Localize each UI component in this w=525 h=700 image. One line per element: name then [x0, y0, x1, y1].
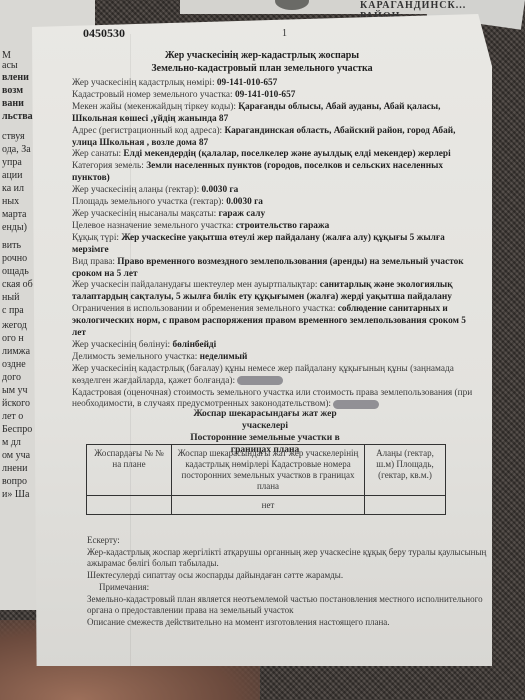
field-value: Елді мекендердің (қалалар, поселкелер жә…: [123, 149, 450, 159]
field-row: Құқық түрі: Жер учаскесіне уақытша өтеул…: [72, 233, 480, 257]
background-text-fragment: м дл: [2, 437, 21, 449]
field-value: неделимый: [200, 352, 248, 362]
background-text-fragment: ым уч: [2, 385, 28, 397]
background-text-fragment: ская об: [2, 279, 33, 291]
header-area: Алаңы (гектар, ш.м) Площадь, (гектар, кв…: [365, 445, 446, 496]
field-label: Вид права:: [72, 257, 117, 267]
field-value: Право временного возмездного землепользо…: [72, 257, 464, 279]
background-text-fragment: ощадь: [2, 266, 29, 278]
cell-area: [365, 496, 446, 515]
field-label: Целевое назначение земельного участка:: [72, 221, 236, 231]
adjacent-plots-table: Жоспардағы № № на плане Жоспар шекарасын…: [86, 444, 446, 515]
background-text-fragment: Беспро: [2, 424, 32, 436]
field-row: Жер учаскесінің кадастрлық (бағалау) құн…: [72, 364, 480, 388]
field-value: Жер учаскесіне уақытша өтеулі жер пайдал…: [72, 233, 445, 255]
field-row: Жер учаскесінің нысаналы мақсаты: гараж …: [72, 209, 480, 221]
redacted-value: [237, 376, 283, 385]
field-label: Мекен жайы (мекенжайдың тіркеу коды):: [72, 102, 238, 112]
field-row: Кадастровый номер земельного участка: 09…: [72, 90, 480, 102]
notes: Ескерту: Жер-кадастрлық жоспар жергілікт…: [87, 535, 487, 629]
field-label: Делимость земельного участка:: [72, 352, 200, 362]
field-row: Жер учаскесінің кадастрлық нөмірі: 09-14…: [72, 78, 480, 90]
field-row: Целевое назначение земельного участка: с…: [72, 221, 480, 233]
background-text-fragment: ный: [2, 292, 19, 304]
background-text-fragment: ка ил: [2, 183, 24, 195]
background-text-fragment: влени: [2, 72, 29, 84]
field-value: 09-141-010-657: [217, 78, 277, 88]
header-plan-number: Жоспардағы № № на плане: [87, 445, 172, 496]
notes-heading-kz: Ескерту:: [87, 535, 487, 547]
background-text-fragment: ствуя: [2, 131, 25, 143]
field-row: Адрес (регистрационный код адреса): Кара…: [72, 126, 480, 150]
background-text-fragment: асы: [2, 60, 18, 72]
field-row: Ограничения в использовании и обременени…: [72, 304, 480, 340]
background-text-fragment: ого н: [2, 333, 24, 345]
background-text-fragment: дого: [2, 372, 21, 384]
background-text-fragment: лимжа: [2, 346, 30, 358]
field-label: Жер учаскесінің алаңы (гектар):: [72, 185, 202, 195]
page-number: 1: [282, 28, 287, 39]
field-label: Кадастровый номер земельного участка:: [72, 90, 235, 100]
background-text-fragment: вить: [2, 240, 21, 252]
field-row: Жер учаскесінің бөлінуі: бөлінбейді: [72, 340, 480, 352]
field-row: Жер учаскесін пайдаланудағы шектеулер ме…: [72, 280, 480, 304]
plot-fields: Жер учаскесінің кадастрлық нөмірі: 09-14…: [72, 78, 480, 411]
title-ru: Земельно-кадастровый план земельного уча…: [32, 62, 492, 75]
field-label: Жер санаты:: [72, 149, 123, 159]
table-row: нет: [87, 496, 446, 515]
background-text-fragment: оздне: [2, 359, 26, 371]
note-ru-1: Земельно-кадастровый план является неотъ…: [87, 594, 487, 617]
background-text-fragment: льства: [2, 111, 33, 123]
field-row: Вид права: Право временного возмездного …: [72, 257, 480, 281]
field-label: Құқық түрі:: [72, 233, 121, 243]
background-text-fragment: вопро: [2, 476, 27, 488]
note-ru-2: Описание смежеств действительно на момен…: [87, 617, 487, 629]
background-text-fragment: возм: [2, 85, 23, 97]
notes-heading-ru: Примечания:: [87, 582, 487, 594]
adjacent-title-kz: Жоспар шекарасындағы жат жер учаскелері: [170, 408, 360, 432]
document-title: Жер учаскесінің жер-кадастрлық жоспары З…: [32, 49, 492, 75]
document-number: 0450530: [83, 26, 125, 41]
background-text-fragment: и» Ша: [2, 489, 29, 501]
background-text-fragment: ации: [2, 170, 23, 182]
field-row: Жер учаскесінің алаңы (гектар): 0.0030 г…: [72, 185, 480, 197]
field-value: бөлінбейді: [172, 340, 216, 350]
note-kz-1: Жер-кадастрлық жоспар жергілікті атқаруш…: [87, 547, 487, 570]
field-row: Жер санаты: Елді мекендердің (қалалар, п…: [72, 149, 480, 161]
background-text-fragment: марта: [2, 209, 27, 221]
field-row: Категория земель: Земли населенных пункт…: [72, 161, 480, 185]
background-text-fragment: лет о: [2, 411, 23, 423]
field-row: Площадь земельного участка (гектар): 0.0…: [72, 197, 480, 209]
field-row: Делимость земельного участка: неделимый: [72, 352, 480, 364]
field-row: Мекен жайы (мекенжайдың тіркеу коды): Қа…: [72, 102, 480, 126]
field-label: Жер учаскесін пайдаланудағы шектеулер ме…: [72, 280, 320, 290]
background-text-fragment: йского: [2, 398, 30, 410]
note-kz-2: Шектесулерді сипаттау осы жоспарды дайын…: [87, 570, 487, 582]
title-kz: Жер учаскесінің жер-кадастрлық жоспары: [32, 49, 492, 62]
field-label: Площадь земельного участка (гектар):: [72, 197, 226, 207]
field-value: 0.0030 га: [202, 185, 239, 195]
field-label: Адрес (регистрационный код адреса):: [72, 126, 224, 136]
emblem-icon: [275, 0, 309, 10]
cadastral-plan-page: 0450530 1 Жер учаскесінің жер-кадастрлық…: [32, 14, 492, 666]
background-text-fragment: с пра: [2, 305, 24, 317]
cell-cadastral-numbers: нет: [172, 496, 365, 515]
field-label: Жер учаскесінің бөлінуі:: [72, 340, 172, 350]
field-value: 0.0030 га: [226, 197, 263, 207]
background-text-fragment: упра: [2, 157, 22, 169]
background-paper-top: КАРАГАНДИНСК... РАЙОН: [180, 0, 440, 14]
header-cadastral-numbers: Жоспар шекарасындағы жат жер учаскелерін…: [172, 445, 365, 496]
field-label: Кадастровая (оценочная) стоимость земель…: [72, 388, 472, 410]
field-label: Категория земель:: [72, 161, 146, 171]
background-text-fragment: рочно: [2, 253, 27, 265]
background-text-fragment: енды): [2, 222, 27, 234]
background-text-fragment: лнени: [2, 463, 27, 475]
field-label: Жер учаскесінің кадастрлық нөмірі:: [72, 78, 217, 88]
field-value: 09-141-010-657: [235, 90, 295, 100]
background-text-fragment: ода, За: [2, 144, 31, 156]
background-text-fragment: вани: [2, 98, 24, 110]
cell-plan-number: [87, 496, 172, 515]
field-value: гараж салу: [219, 209, 266, 219]
field-label: Ограничения в использовании и обременени…: [72, 304, 338, 314]
field-value: строительство гаража: [236, 221, 330, 231]
background-text-fragment: жегод: [2, 320, 27, 332]
field-label: Жер учаскесінің нысаналы мақсаты:: [72, 209, 219, 219]
background-text-fragment: ом уча: [2, 450, 30, 462]
background-text-fragment: ных: [2, 196, 19, 208]
